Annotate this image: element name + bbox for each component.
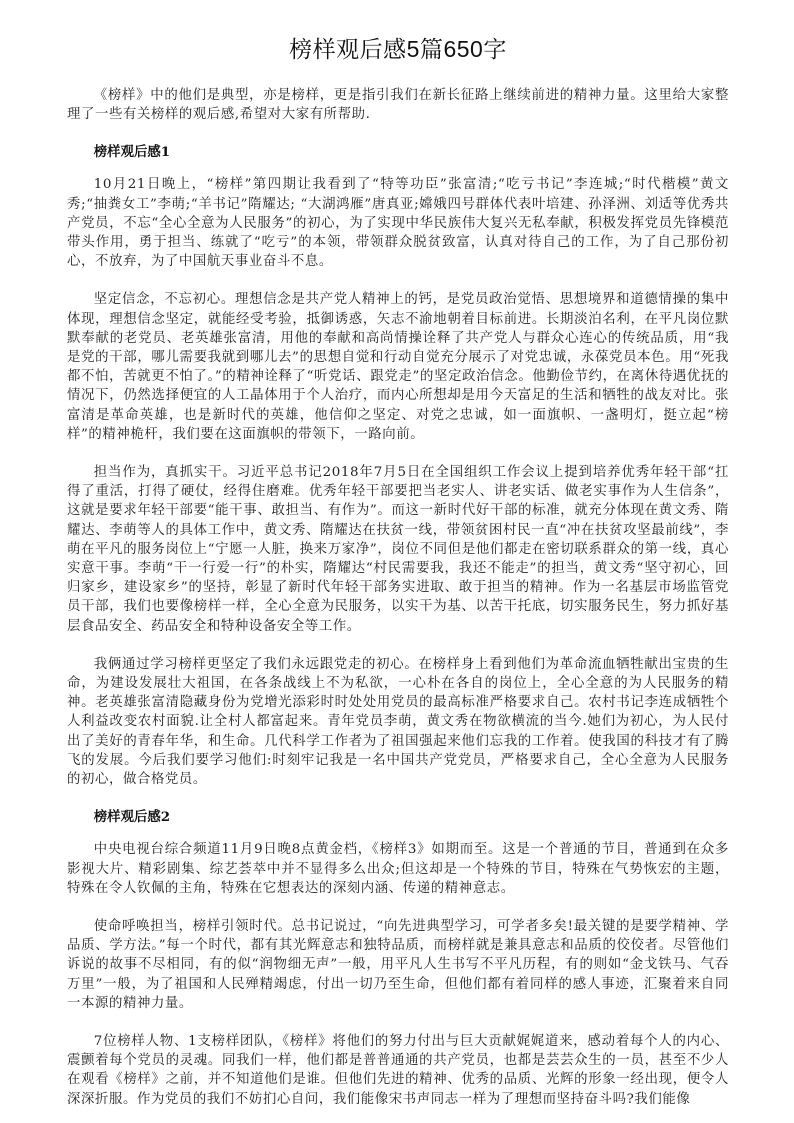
document-page: 榜样观后感5篇650字 《榜样》中的他们是典型，亦是榜样，更是指引我们在新长征路…	[67, 0, 729, 1109]
section-1-paragraph-3: 担当作为，真抓实干。习近平总书记2018年7月5日在全国组织工作会议上提到培养优…	[67, 463, 729, 636]
spacer	[67, 1013, 729, 1032]
document-title: 榜样观后感5篇650字	[67, 34, 729, 64]
section-1-paragraph-2: 坚定信念，不忘初心。理想信念是共产党人精神上的钙，是党员政治觉悟、思想境界和道德…	[67, 290, 729, 444]
spacer	[67, 162, 729, 175]
section-2-paragraph-2: 使命呼唤担当，榜样引领时代。总书记说过，“向先进典型学习，可学者多矣!最关键的是…	[67, 917, 729, 1013]
spacer	[67, 64, 729, 86]
section-1-paragraph-4: 我俩通过学习榜样更坚定了我们永远跟党走的初心。在榜样身上看到他们为革命流血牺牲献…	[67, 655, 729, 789]
spacer	[67, 444, 729, 463]
spacer	[67, 636, 729, 655]
section-heading-1: 榜样观后感1	[67, 143, 729, 162]
section-1-paragraph-1: 10月21日晚上，“榜样”第四期让我看到了“特等功臣”张富清;“吃亏书记”李连城…	[67, 175, 729, 271]
section-2-paragraph-1: 中央电视台综合频道11月9日晚8点黄金档，《榜样3》如期而至。这是一个普通的节目…	[67, 840, 729, 898]
section-heading-2: 榜样观后感2	[67, 808, 729, 827]
spacer	[67, 898, 729, 917]
spacer	[67, 271, 729, 290]
spacer	[67, 789, 729, 808]
spacer	[67, 124, 729, 143]
section-2-paragraph-3: 7位榜样人物、1支榜样团队，《榜样》将他们的努力付出与巨大贡献娓娓道来，感动着每…	[67, 1032, 729, 1109]
intro-paragraph: 《榜样》中的他们是典型，亦是榜样，更是指引我们在新长征路上继续前进的精神力量。这…	[67, 86, 729, 124]
spacer	[67, 827, 729, 840]
